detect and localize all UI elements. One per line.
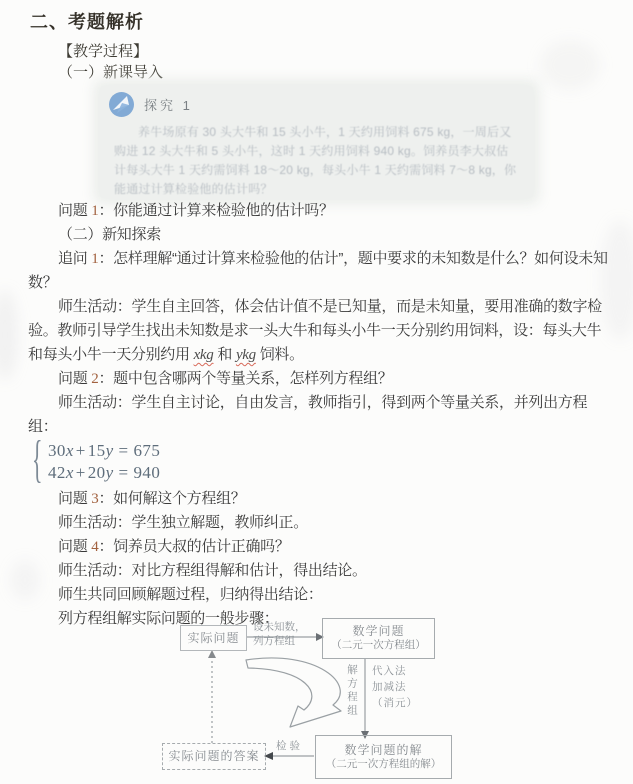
inquiry-icon	[108, 91, 135, 118]
section-2-heading: （二）新知探索	[28, 223, 613, 247]
box-math-problem-line-1: 数学问题	[323, 624, 434, 639]
method-item: （消元）	[372, 695, 418, 711]
system-brace: {	[32, 434, 42, 480]
curved-return-arrow-icon	[246, 658, 341, 727]
box-math-solution: 数学问题的解 （二元一次方程组的解）	[315, 735, 452, 779]
inquiry-panel: 探究 1 养牛场原有 30 头大牛和 15 头小牛，1 天约用饲料 675 kg…	[100, 86, 533, 198]
operator: +	[74, 441, 88, 460]
question-label: 追问	[58, 250, 91, 267]
box-math-problem: 数学问题 （二元一次方程组）	[322, 618, 435, 659]
solve-system-label: 解方程组	[345, 664, 359, 722]
equals-sign: =	[114, 441, 134, 460]
set-unknowns-label: 设未知数， 列方程组	[253, 620, 306, 648]
follow-up-question-1: 追问 1：怎样理解“通过计算来检验他的估计”，题中要求的未知数是什么？如何设未知…	[28, 247, 613, 295]
variable-y-misspell: ykg	[236, 347, 256, 363]
operator: +	[74, 463, 88, 482]
teacher-student-activity-3: 师生活动：学生独立解题，教师纠正。	[28, 511, 613, 535]
variable: y	[106, 441, 114, 460]
box-actual-answer-label: 实际问题的答案	[163, 749, 265, 764]
coefficient: 30	[48, 441, 66, 460]
inquiry-label: 探究 1	[144, 95, 193, 114]
question-label: 问题	[58, 370, 91, 387]
inquiry-text-line: 计每头大牛 1 天约需饲料 18～20 kg，每头小牛 1 天约需饲料 7～8 …	[114, 161, 520, 180]
question-4: 问题 4：饲养员大叔的估计正确吗？	[28, 535, 613, 559]
equation-2: 42x+20y=940	[48, 462, 613, 484]
set-unknowns-line-2: 列方程组	[253, 634, 306, 648]
activity-text: 饲料。	[256, 346, 304, 363]
question-label: 问题	[58, 538, 91, 555]
page-title: 二、考题解析	[30, 8, 144, 34]
inquiry-text-line: 能通过计算检验他的估计吗？	[114, 180, 520, 199]
scan-smudge	[0, 290, 18, 380]
solution-steps-flowchart: 实际问题 设未知数， 列方程组 数学问题 （二元一次方程组） 解方程组 代入法 …	[0, 605, 633, 784]
variable: x	[66, 463, 74, 482]
teacher-student-activity-1: 师生活动：学生自主回答，体会估计值不是已知量，而是未知量，要用准确的数字检验。教…	[28, 295, 613, 367]
method-item: 加减法	[372, 679, 418, 695]
coefficient: 42	[48, 463, 66, 482]
set-unknowns-line-1: 设未知数，	[253, 620, 306, 634]
lesson-body: 问题 1：你能通过计算来检验他的估计吗？ （二）新知探索 追问 1：怎样理解“通…	[28, 199, 613, 631]
section-process-label: 【教学过程】	[58, 40, 148, 61]
question-label: 问题	[58, 490, 91, 507]
method-list: 代入法 加减法 （消元）	[372, 663, 418, 711]
box-math-problem-line-2: （二元一次方程组）	[323, 639, 434, 652]
teacher-student-activity-4: 师生活动：对比方程组得解和估计，得出结论。	[28, 559, 613, 583]
question-text: ：你能通过计算来检验他的估计吗？	[98, 202, 333, 219]
question-text: ：饲养员大叔的估计正确吗？	[98, 538, 289, 555]
box-actual-problem: 实际问题	[180, 625, 247, 651]
variable-x-misspell: xkg	[194, 347, 214, 363]
section-intro-label: （一）新课导入	[58, 61, 163, 82]
variable: x	[66, 441, 74, 460]
question-text: ：怎样理解“通过计算来检验他的估计”，题中要求的未知数是什么？如何设未知数？	[28, 250, 608, 291]
constant: 940	[134, 463, 161, 482]
teacher-student-activity-2: 师生活动：学生自主讨论，自由发言，教师指引，得到两个等量关系，并列出方程组：	[28, 391, 613, 439]
question-text: ：题中包含哪两个等量关系，怎样列方程组？	[98, 370, 392, 387]
question-1: 问题 1：你能通过计算来检验他的估计吗？	[28, 199, 613, 223]
question-text: ：如何解这个方程组？	[98, 490, 245, 507]
box-math-solution-line-1: 数学问题的解	[316, 743, 451, 758]
question-3: 问题 3：如何解这个方程组？	[28, 487, 613, 511]
scan-smudge	[540, 40, 600, 90]
inquiry-problem-text: 养牛场原有 30 头大牛和 15 头小牛，1 天约用饲料 675 kg，一周后又…	[114, 123, 520, 199]
equation-system: { 30x+15y=675 42x+20y=940	[34, 440, 613, 486]
equation-1: 30x+15y=675	[48, 440, 613, 462]
check-label: 检验	[276, 739, 303, 753]
variable: y	[106, 463, 114, 482]
review-note: 师生共同回顾解题过程，归纳得出结论：	[28, 583, 613, 607]
inquiry-text-line: 养牛场原有 30 头大牛和 15 头小牛，1 天约用饲料 675 kg，一周后又	[114, 123, 520, 142]
constant: 675	[134, 441, 161, 460]
question-label: 问题	[58, 202, 91, 219]
box-actual-problem-label: 实际问题	[181, 631, 246, 646]
coefficient: 20	[88, 463, 106, 482]
equals-sign: =	[114, 463, 134, 482]
activity-text: 师生活动：学生自主回答，体会估计值不是已知量，而是未知量，要用准确的数字检验。教…	[28, 298, 602, 363]
coefficient: 15	[88, 441, 106, 460]
arrowhead-up-icon	[208, 650, 216, 658]
question-2: 问题 2：题中包含哪两个等量关系，怎样列方程组？	[28, 367, 613, 391]
activity-text: 和	[214, 346, 236, 363]
inquiry-text-line: 购进 12 头大牛和 5 头小牛，这时 1 天约用饲料 940 kg。饲养员李大…	[114, 142, 520, 161]
box-actual-answer: 实际问题的答案	[162, 743, 266, 770]
method-item: 代入法	[372, 663, 418, 679]
inquiry-header: 探究 1	[108, 91, 193, 118]
box-math-solution-line-2: （二元一次方程组的解）	[316, 758, 451, 771]
